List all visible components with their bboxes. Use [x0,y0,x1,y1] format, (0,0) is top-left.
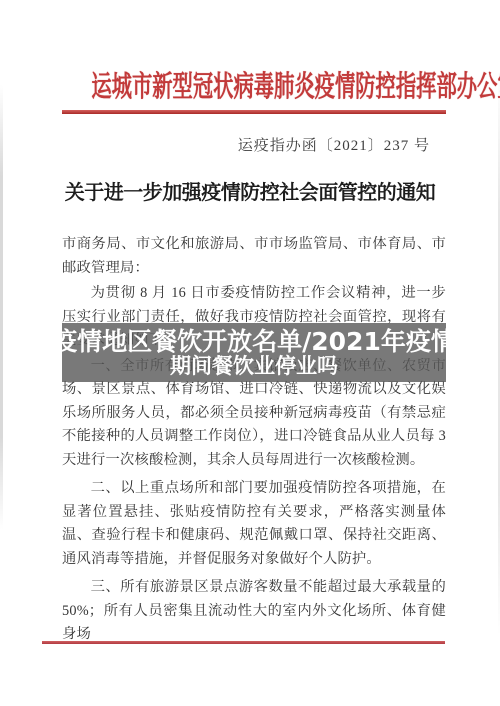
letterhead-red-rule [62,110,446,114]
scanned-document-page: 运城市新型冠状病毒肺炎疫情防控指挥部办公室 运疫指办函〔2021〕237 号 关… [0,0,500,706]
scan-edge-left [0,0,3,706]
document-number: 运疫指办函〔2021〕237 号 [0,134,430,155]
letterhead-issuer: 运城市新型冠状病毒肺炎疫情防控指挥部办公室 [0,64,500,105]
letterhead-issuer-text: 运城市新型冠状病毒肺炎疫情防控指挥部办公室 [91,64,500,105]
paragraph-item-3: 三、所有旅游景区景点游客数量不能超过最大承载量的50%；所有人员密集且流动性大的… [62,576,446,647]
caption-overlay-line1: 疫情地区餐饮开放名单/2021年疫情 [52,328,456,355]
page-footer-red-rule [42,641,445,644]
addressee-line: 市商务局、市文化和旅游局、市市场监管局、市体育局、市邮政管理局： [62,233,446,280]
document-body: 市商务局、市文化和旅游局、市市场监管局、市体育局、市邮政管理局： 为贯彻 8 月… [62,233,446,647]
caption-overlay-banner: 疫情地区餐饮开放名单/2021年疫情 期间餐饮业停业吗 [62,323,446,382]
document-title: 关于进一步加强疫情防控社会面管控的通知 [0,176,500,205]
caption-overlay-line2: 期间餐饮业停业吗 [170,355,338,378]
paragraph-item-2: 二、以上重点场所和部门要加强疫情防控各项措施，在显著位置悬挂、张贴疫情防控有关要… [62,477,446,571]
